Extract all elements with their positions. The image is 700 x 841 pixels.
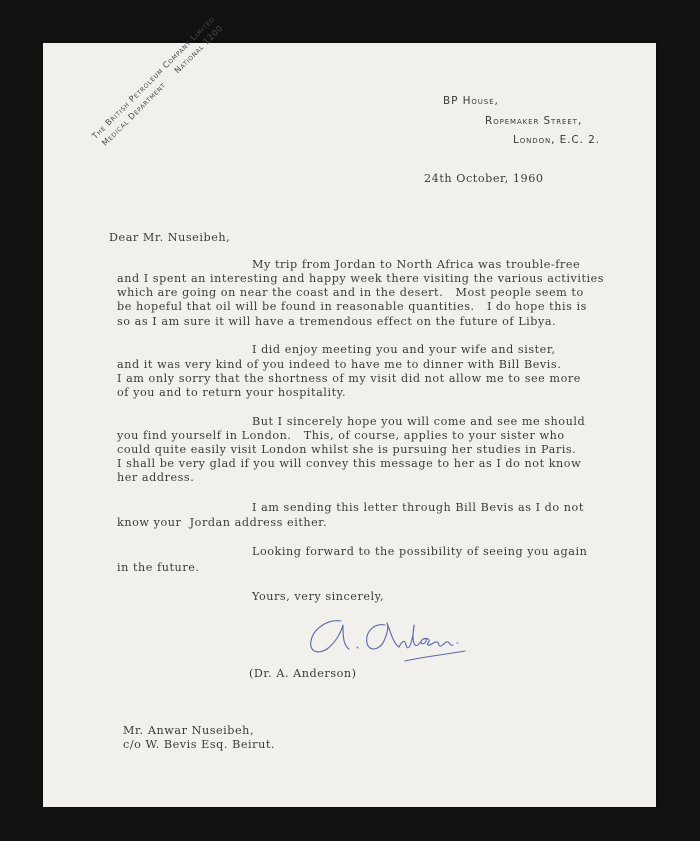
letterhead-address-line-1: BP House, bbox=[443, 95, 499, 107]
paragraph-line: be hopeful that oil will be found in rea… bbox=[117, 300, 587, 313]
recipient-line-2: c/o W. Bevis Esq. Beirut. bbox=[123, 738, 275, 751]
letter-page: The British Petroleum Company Limited Me… bbox=[43, 43, 656, 807]
paragraph-line: I did enjoy meeting you and your wife an… bbox=[252, 343, 556, 356]
paragraph-line: you find yourself in London. This, of co… bbox=[117, 429, 565, 442]
paragraph-line: I am only sorry that the shortness of my… bbox=[117, 372, 581, 385]
paragraph-line: which are going on near the coast and in… bbox=[117, 286, 584, 299]
paragraph-line: and it was very kind of you indeed to ha… bbox=[117, 358, 561, 371]
paragraph-line: My trip from Jordan to North Africa was … bbox=[252, 258, 580, 271]
letterhead-company: The British Petroleum Company Limited Me… bbox=[89, 13, 226, 150]
signatory-name: (Dr. A. Anderson) bbox=[249, 667, 357, 680]
paragraph-line: in the future. bbox=[117, 561, 200, 574]
paragraph-line: But I sincerely hope you will come and s… bbox=[252, 415, 585, 428]
handwritten-signature bbox=[307, 611, 487, 671]
paragraph-line: so as I am sure it will have a tremendou… bbox=[117, 315, 556, 328]
recipient-line-1: Mr. Anwar Nuseibeh, bbox=[123, 724, 254, 737]
letterhead-address-line-3: London, E.C. 2. bbox=[513, 134, 600, 146]
paragraph-line: I shall be very glad if you will convey … bbox=[117, 457, 581, 470]
paragraph-line: of you and to return your hospitality. bbox=[117, 386, 346, 399]
letterhead-department-line: Medical Department National 1200 bbox=[97, 22, 225, 150]
salutation: Dear Mr. Nuseibeh, bbox=[109, 231, 230, 244]
paragraph-line: know your Jordan address either. bbox=[117, 516, 327, 529]
paragraph-line: Looking forward to the possibility of se… bbox=[252, 545, 587, 558]
letterhead-address-line-2: Ropemaker Street, bbox=[485, 115, 582, 127]
closing: Yours, very sincerely, bbox=[252, 590, 384, 603]
paragraph-line: and I spent an interesting and happy wee… bbox=[117, 272, 604, 285]
letterhead-company-line: The British Petroleum Company Limited bbox=[89, 13, 217, 141]
letter-date: 24th October, 1960 bbox=[424, 172, 544, 185]
paragraph-line: I am sending this letter through Bill Be… bbox=[252, 501, 584, 514]
paragraph-line: her address. bbox=[117, 471, 194, 484]
paragraph-line: could quite easily visit London whilst s… bbox=[117, 443, 576, 456]
